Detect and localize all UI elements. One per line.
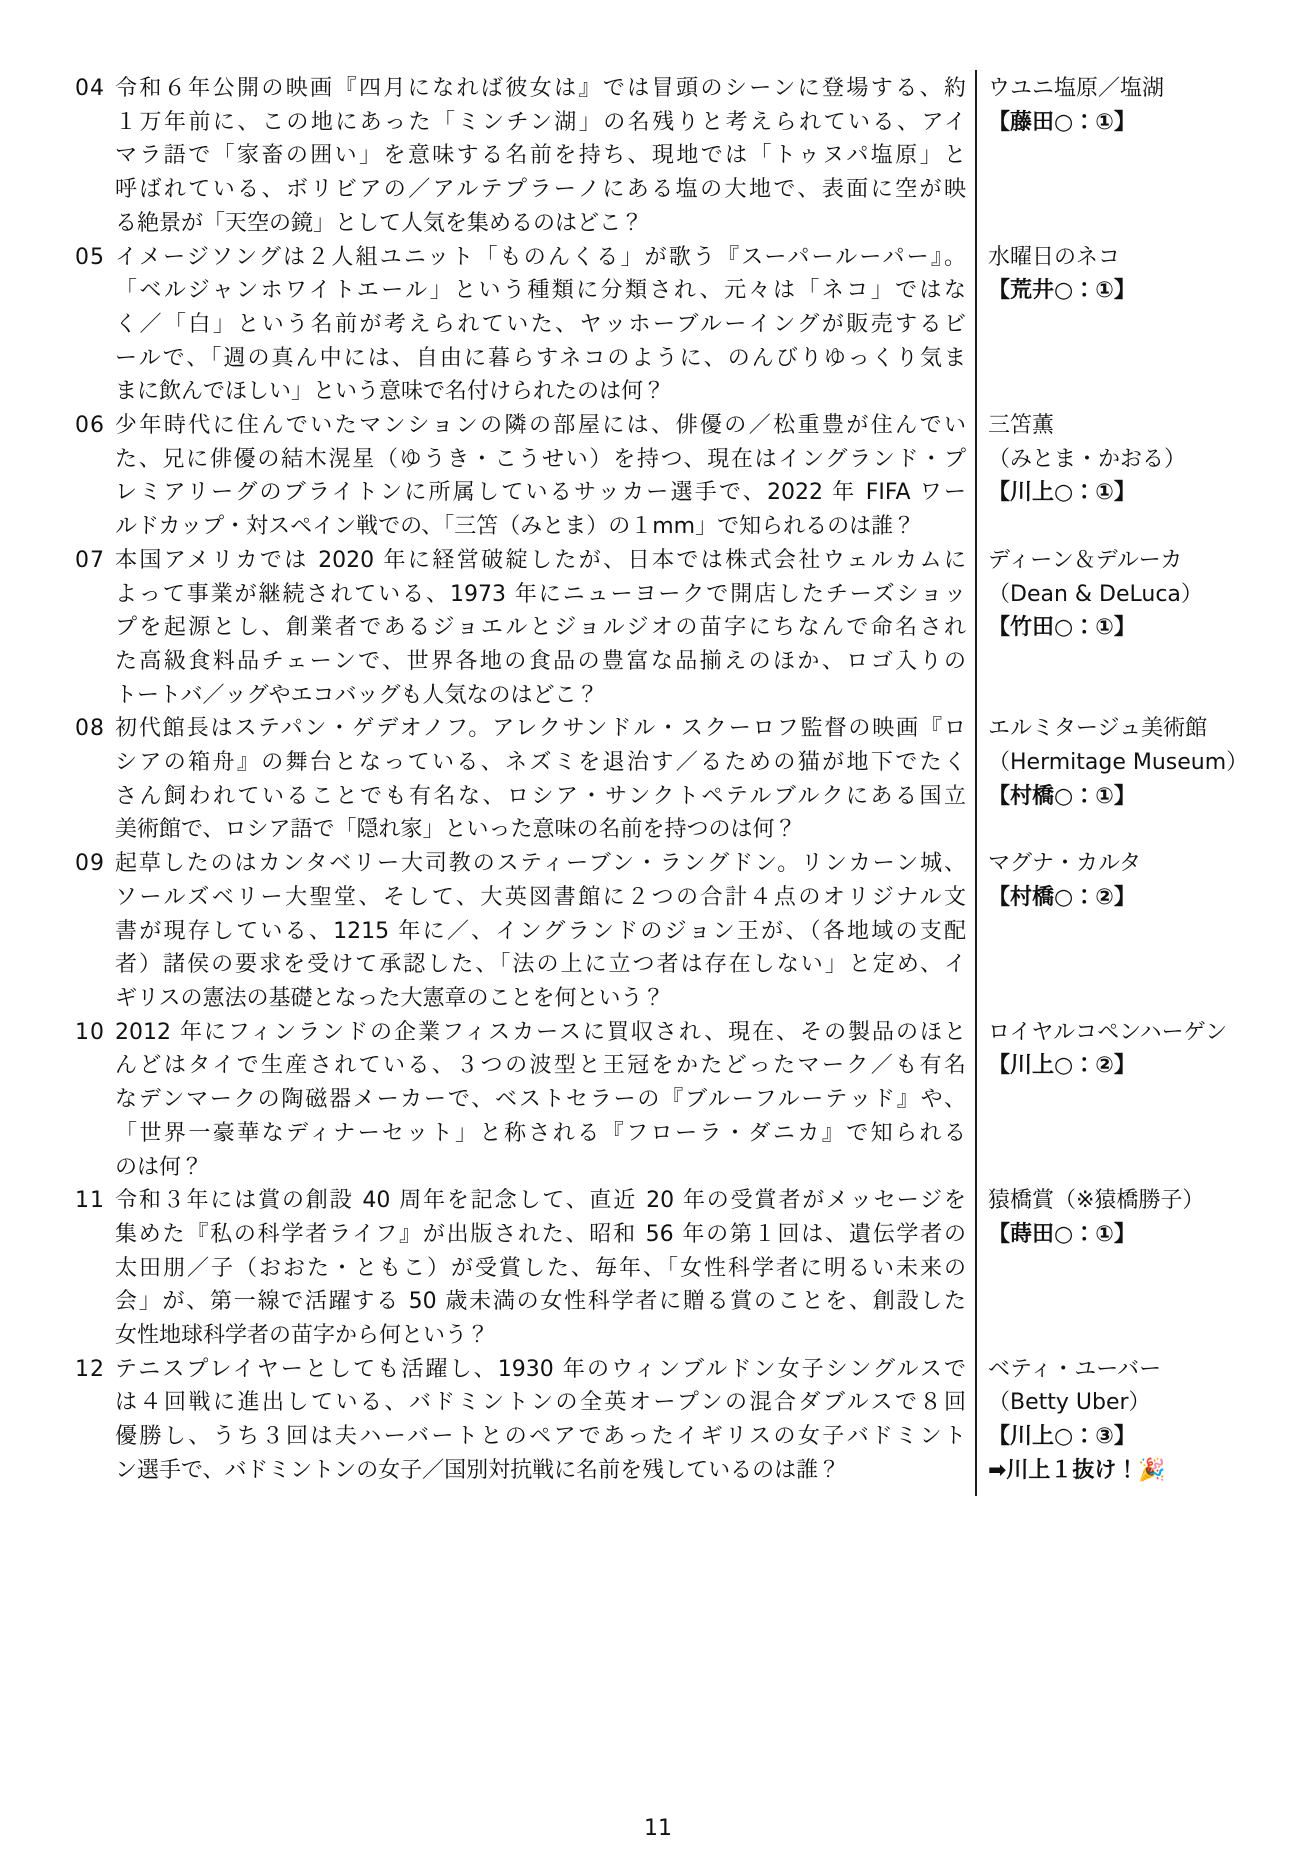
question-number: 04 xyxy=(75,72,115,106)
answer-line: 【川上○：③】 xyxy=(988,1420,1275,1454)
question-number: 08 xyxy=(75,712,115,746)
question-text-line: １万年前に、この地にあった「ミンチン湖」の名残りと考えられている、アイ xyxy=(115,106,966,140)
question-text-line: よって事業が継続されている、1973 年にニューヨークで開店したチーズショッ xyxy=(115,578,966,612)
question-text-line: 令和６年公開の映画『四月になれば彼女は』では冒頭のシーンに登場する、約 xyxy=(115,72,966,106)
question-row: 11令和３年には賞の創設 40 周年を記念して、直近 20 年の受賞者がメッセー… xyxy=(75,1184,1275,1353)
question-text-line: ールで、「週の真ん中には、自由に暮らすネコのように、のんびりゆっくり気ま xyxy=(115,342,966,376)
answer-line: 猿橋賞（※猿橋勝子） xyxy=(988,1184,1275,1218)
answer-line: ディーン＆デルーカ xyxy=(988,544,1275,578)
question-text: 2012 年にフィンランドの企業フィスカースに買収され、現在、その製品のほとんど… xyxy=(115,1016,966,1185)
question-text-line: のは何？ xyxy=(115,1151,966,1185)
question-text-line: 優勝し、うち３回は夫ハーバートとのペアであったイギリスの女子バドミント xyxy=(115,1420,966,1454)
question-text-line: マラ語で「家畜の囲い」を意味する名前を持ち、現地では「トゥヌパ塩原」と xyxy=(115,139,966,173)
answer-block: ベティ・ユーバー（Betty Uber）【川上○：③】➡川上１抜け！🎉 xyxy=(988,1353,1275,1488)
question-text: 本国アメリカでは 2020 年に経営破綻したが、日本では株式会社ウェルカムによっ… xyxy=(115,544,966,713)
question-text: テニスプレイヤーとしても活躍し、1930 年のウィンブルドン女子シングルスでは４… xyxy=(115,1353,966,1488)
answer-line: 【藤田○：①】 xyxy=(988,106,1275,140)
question-text: 令和６年公開の映画『四月になれば彼女は』では冒頭のシーンに登場する、約１万年前に… xyxy=(115,72,966,241)
question-row: 09起草したのはカンタベリー大司教のスティーブン・ラングドン。リンカーン城、ソー… xyxy=(75,847,1275,1016)
question-text-line: 太田朋／子（おおた・ともこ）が受賞した、毎年、「女性科学者に明るい未来の xyxy=(115,1252,966,1286)
answer-line: 水曜日のネコ xyxy=(988,241,1275,275)
question-row: 102012 年にフィンランドの企業フィスカースに買収され、現在、その製品のほと… xyxy=(75,1016,1275,1185)
answer-line: （Dean & DeLuca） xyxy=(988,578,1275,612)
question-text-line: 本国アメリカでは 2020 年に経営破綻したが、日本では株式会社ウェルカムに xyxy=(115,544,966,578)
question-text: 起草したのはカンタベリー大司教のスティーブン・ラングドン。リンカーン城、ソールズ… xyxy=(115,847,966,1016)
question-text: 初代館長はステパン・ゲデオノフ。アレクサンドル・スクーロフ監督の映画『ロシアの箱… xyxy=(115,712,966,847)
question-text-line: イメージソングは２人組ユニット「ものんくる」が歌う『スーパールーパー』。 xyxy=(115,241,966,275)
question-number: 09 xyxy=(75,847,115,881)
question-row: 08初代館長はステパン・ゲデオノフ。アレクサンドル・スクーロフ監督の映画『ロシア… xyxy=(75,712,1275,847)
question-text-line: さん飼われていることでも有名な、ロシア・サンクトペテルブルクにある国立 xyxy=(115,780,966,814)
answer-block: エルミタージュ美術館（Hermitage Museum）【村橋○：①】 xyxy=(988,712,1275,813)
answer-line: 【竹田○：①】 xyxy=(988,611,1275,645)
question-text-line: 集めた『私の科学者ライフ』が出版された、昭和 56 年の第１回は、遺伝学者の xyxy=(115,1218,966,1252)
question-text-line: 少年時代に住んでいたマンションの隣の部屋には、俳優の／松重豊が住んでい xyxy=(115,409,966,443)
question-text-line: レミアリーグのブライトンに所属しているサッカー選手で、2022 年 FIFA ワ… xyxy=(115,476,966,510)
answer-block: ウユニ塩原／塩湖【藤田○：①】 xyxy=(988,72,1275,139)
page-number: 11 xyxy=(0,1816,1316,1841)
question-row: 06少年時代に住んでいたマンションの隣の部屋には、俳優の／松重豊が住んでいた、兄… xyxy=(75,409,1275,544)
question-text-line: なデンマークの陶磁器メーカーで、ベストセラーの『ブルーフルーテッド』や、 xyxy=(115,1083,966,1117)
answer-line: （Hermitage Museum） xyxy=(988,746,1275,780)
answer-line: （Betty Uber） xyxy=(988,1386,1275,1420)
question-text-line: は４回戦に進出している、バドミントンの全英オープンの混合ダブルスで８回 xyxy=(115,1386,966,1420)
question-row: 05イメージソングは２人組ユニット「ものんくる」が歌う『スーパールーパー』。「ベ… xyxy=(75,241,1275,410)
question-text-line: んどはタイで生産されている、３つの波型と王冠をかたどったマーク／も有名 xyxy=(115,1049,966,1083)
question-text-line: 会」が、第一線で活躍する 50 歳未満の女性科学者に贈る賞のことを、創設した xyxy=(115,1285,966,1319)
question-text-line: テニスプレイヤーとしても活躍し、1930 年のウィンブルドン女子シングルスで xyxy=(115,1353,966,1387)
answer-block: マグナ・カルタ【村橋○：②】 xyxy=(988,847,1275,914)
question-text-line: プを起源とし、創業者であるジョエルとジョルジオの苗字にちなんで命名され xyxy=(115,611,966,645)
question-text-line: 者）諸侯の要求を受けて承認した、「法の上に立つ者は存在しない」と定め、イ xyxy=(115,948,966,982)
answer-line: エルミタージュ美術館 xyxy=(988,712,1275,746)
question-text-line: 「世界一豪華なディナーセット」と称される『フローラ・ダニカ』で知られる xyxy=(115,1117,966,1151)
question-row: 12テニスプレイヤーとしても活躍し、1930 年のウィンブルドン女子シングルスで… xyxy=(75,1353,1275,1488)
question-text-line: 美術館で、ロシア語で「隠れ家」といった意味の名前を持つのは何？ xyxy=(115,813,966,847)
question-row: 04令和６年公開の映画『四月になれば彼女は』では冒頭のシーンに登場する、約１万年… xyxy=(75,72,1275,241)
answer-block: ディーン＆デルーカ（Dean & DeLuca）【竹田○：①】 xyxy=(988,544,1275,645)
question-number: 10 xyxy=(75,1016,115,1050)
answer-line: ウユニ塩原／塩湖 xyxy=(988,72,1275,106)
answer-line: ➡川上１抜け！🎉 xyxy=(988,1454,1275,1488)
answer-line: （みとま・かおる） xyxy=(988,443,1275,477)
answer-block: ロイヤルコペンハーゲン【川上○：②】 xyxy=(988,1016,1275,1083)
question-text: 少年時代に住んでいたマンションの隣の部屋には、俳優の／松重豊が住んでいた、兄に俳… xyxy=(115,409,966,544)
question-row: 07本国アメリカでは 2020 年に経営破綻したが、日本では株式会社ウェルカムに… xyxy=(75,544,1275,713)
answer-line: 【川上○：②】 xyxy=(988,1049,1275,1083)
question-number: 05 xyxy=(75,241,115,275)
question-text-line: 書が現存している、1215 年に／、イングランドのジョン王が、（各地域の支配 xyxy=(115,915,966,949)
question-text-line: 呼ばれている、ボリビアの／アルテプラーノにある塩の大地で、表面に空が映 xyxy=(115,173,966,207)
question-number: 06 xyxy=(75,409,115,443)
question-text-line: 初代館長はステパン・ゲデオノフ。アレクサンドル・スクーロフ監督の映画『ロ xyxy=(115,712,966,746)
question-text-line: シアの箱舟』の舞台となっている、ネズミを退治す／るための猫が地下でたく xyxy=(115,746,966,780)
question-text-line: る絶景が「天空の鏡」として人気を集めるのはどこ？ xyxy=(115,207,966,241)
answer-block: 猿橋賞（※猿橋勝子）【蒔田○：①】 xyxy=(988,1184,1275,1251)
answer-line: 【川上○：①】 xyxy=(988,476,1275,510)
question-text: 令和３年には賞の創設 40 周年を記念して、直近 20 年の受賞者がメッセージを… xyxy=(115,1184,966,1353)
question-text-line: 2012 年にフィンランドの企業フィスカースに買収され、現在、その製品のほと xyxy=(115,1016,966,1050)
question-text-line: まに飲んでほしい」という意味で名付けられたのは何？ xyxy=(115,375,966,409)
answer-line: 【村橋○：①】 xyxy=(988,780,1275,814)
answer-line: 【蒔田○：①】 xyxy=(988,1218,1275,1252)
question-number: 11 xyxy=(75,1184,115,1218)
question-text: イメージソングは２人組ユニット「ものんくる」が歌う『スーパールーパー』。「ベルジ… xyxy=(115,241,966,410)
question-text-line: ソールズベリー大聖堂、そして、大英図書館に２つの合計４点のオリジナル文 xyxy=(115,881,966,915)
question-text-line: ルドカップ・対スペイン戦での、「三笘（みとま）の１mm」で知られるのは誰？ xyxy=(115,510,966,544)
question-text-line: く／「白」という名前が考えられていた、ヤッホーブルーイングが販売するビ xyxy=(115,308,966,342)
answer-block: 水曜日のネコ【荒井○：①】 xyxy=(988,241,1275,308)
question-text-line: ギリスの憲法の基礎となった大憲章のことを何という？ xyxy=(115,982,966,1016)
question-text-line: ン選手で、バドミントンの女子／国別対抗戦に名前を残しているのは誰？ xyxy=(115,1454,966,1488)
answer-line: 【荒井○：①】 xyxy=(988,274,1275,308)
questions-list: 04令和６年公開の映画『四月になれば彼女は』では冒頭のシーンに登場する、約１万年… xyxy=(75,72,1275,1488)
answer-line: ベティ・ユーバー xyxy=(988,1353,1275,1387)
question-text-line: 起草したのはカンタベリー大司教のスティーブン・ラングドン。リンカーン城、 xyxy=(115,847,966,881)
answer-block: 三笘薫（みとま・かおる）【川上○：①】 xyxy=(988,409,1275,510)
answer-line: ロイヤルコペンハーゲン xyxy=(988,1016,1275,1050)
answer-line: 【村橋○：②】 xyxy=(988,881,1275,915)
question-text-line: た高級食料品チェーンで、世界各地の食品の豊富な品揃えのほか、ロゴ入りの xyxy=(115,645,966,679)
question-text-line: た、兄に俳優の結木滉星（ゆうき・こうせい）を持つ、現在はイングランド・プ xyxy=(115,443,966,477)
question-number: 07 xyxy=(75,544,115,578)
question-text-line: トートバ／ッグやエコバッグも人気なのはどこ？ xyxy=(115,679,966,713)
quiz-document-page: 04令和６年公開の映画『四月になれば彼女は』では冒頭のシーンに登場する、約１万年… xyxy=(0,0,1316,1870)
question-text-line: 女性地球科学者の苗字から何という？ xyxy=(115,1319,966,1353)
answer-line: マグナ・カルタ xyxy=(988,847,1275,881)
question-text-line: 「ベルジャンホワイトエール」という種類に分類され、元々は「ネコ」ではな xyxy=(115,274,966,308)
answer-line: 三笘薫 xyxy=(988,409,1275,443)
question-number: 12 xyxy=(75,1353,115,1387)
question-text-line: 令和３年には賞の創設 40 周年を記念して、直近 20 年の受賞者がメッセージを xyxy=(115,1184,966,1218)
